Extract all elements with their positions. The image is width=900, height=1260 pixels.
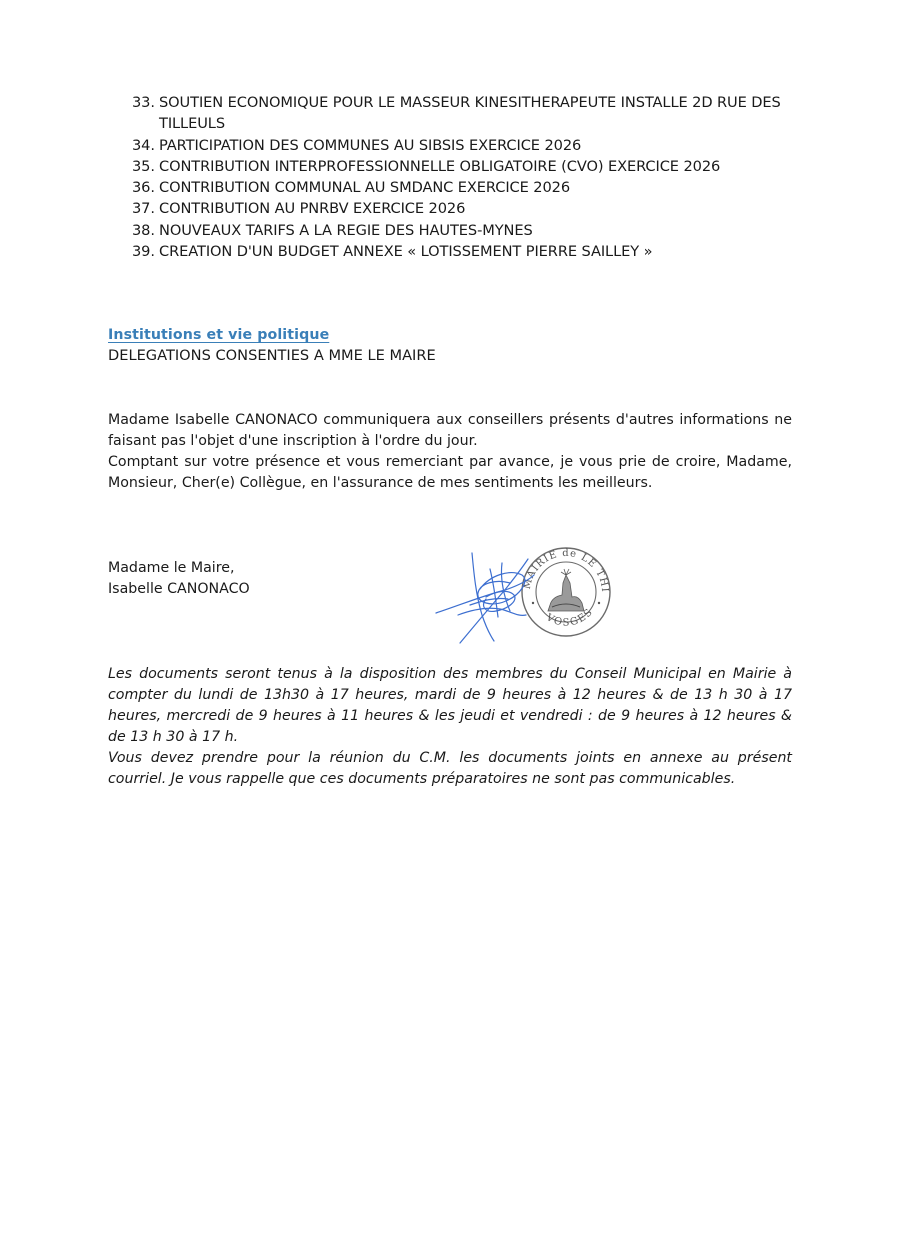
section-item: DELEGATIONS CONSENTIES A MME LE MAIRE xyxy=(108,347,436,364)
agenda-item-number: 38. xyxy=(132,220,159,241)
agenda-item-text: SOUTIEN ECONOMIQUE POUR LE MASSEUR KINES… xyxy=(159,92,812,135)
agenda-item-number: 37. xyxy=(132,198,159,219)
signoff-block: Madame le Maire, Isabelle CANONACO xyxy=(108,558,250,600)
agenda-item-number: 34. xyxy=(132,135,159,156)
closing-paragraph: Comptant sur votre présence et vous reme… xyxy=(108,452,792,494)
signature-and-stamp: MAIRIE de LE THILLOT VOSGES xyxy=(430,545,620,650)
info-paragraph: Madame Isabelle CANONACO communiquera au… xyxy=(108,410,792,452)
agenda-item: 38. NOUVEAUX TARIFS A LA REGIE DES HAUTE… xyxy=(132,220,812,241)
agenda-item: 35. CONTRIBUTION INTERPROFESSIONNELLE OB… xyxy=(132,156,812,177)
document-page: 33. SOUTIEN ECONOMIQUE POUR LE MASSEUR K… xyxy=(0,0,900,1260)
section-heading: Institutions et vie politique xyxy=(108,327,329,343)
agenda-item: 33. SOUTIEN ECONOMIQUE POUR LE MASSEUR K… xyxy=(132,92,812,135)
agenda-item: 34. PARTICIPATION DES COMMUNES AU SIBSIS… xyxy=(132,135,812,156)
hours-paragraph: Les documents seront tenus à la disposit… xyxy=(108,664,792,748)
agenda-item-text: CONTRIBUTION AU PNRBV EXERCICE 2026 xyxy=(159,198,812,219)
agenda-item-number: 36. xyxy=(132,177,159,198)
agenda-item-text: PARTICIPATION DES COMMUNES AU SIBSIS EXE… xyxy=(159,135,812,156)
agenda-item: 36. CONTRIBUTION COMMUNAL AU SMDANC EXER… xyxy=(132,177,812,198)
signature-stamp-graphic: MAIRIE de LE THILLOT VOSGES xyxy=(430,545,620,650)
hours-text: Les documents seront tenus à la disposit… xyxy=(108,664,792,748)
agenda-item-text: CONTRIBUTION COMMUNAL AU SMDANC EXERCICE… xyxy=(159,177,812,198)
agenda-item: 37. CONTRIBUTION AU PNRBV EXERCICE 2026 xyxy=(132,198,812,219)
agenda-item-text: NOUVEAUX TARIFS A LA REGIE DES HAUTES-MY… xyxy=(159,220,812,241)
agenda-list: 33. SOUTIEN ECONOMIQUE POUR LE MASSEUR K… xyxy=(132,92,812,262)
documents-text: Vous devez prendre pour la réunion du C.… xyxy=(108,748,792,790)
agenda-item-number: 33. xyxy=(132,92,159,135)
signoff-title: Madame le Maire, xyxy=(108,558,250,579)
agenda-item: 39. CREATION D'UN BUDGET ANNEXE « LOTISS… xyxy=(132,241,812,262)
documents-paragraph: Vous devez prendre pour la réunion du C.… xyxy=(108,748,792,790)
info-paragraphs: Madame Isabelle CANONACO communiquera au… xyxy=(108,410,792,494)
agenda-item-number: 35. xyxy=(132,156,159,177)
agenda-item-text: CREATION D'UN BUDGET ANNEXE « LOTISSEMEN… xyxy=(159,241,812,262)
agenda-item-number: 39. xyxy=(132,241,159,262)
agenda-item-text: CONTRIBUTION INTERPROFESSIONNELLE OBLIGA… xyxy=(159,156,812,177)
signoff-name: Isabelle CANONACO xyxy=(108,579,250,600)
signature-scribble-icon xyxy=(436,553,534,643)
